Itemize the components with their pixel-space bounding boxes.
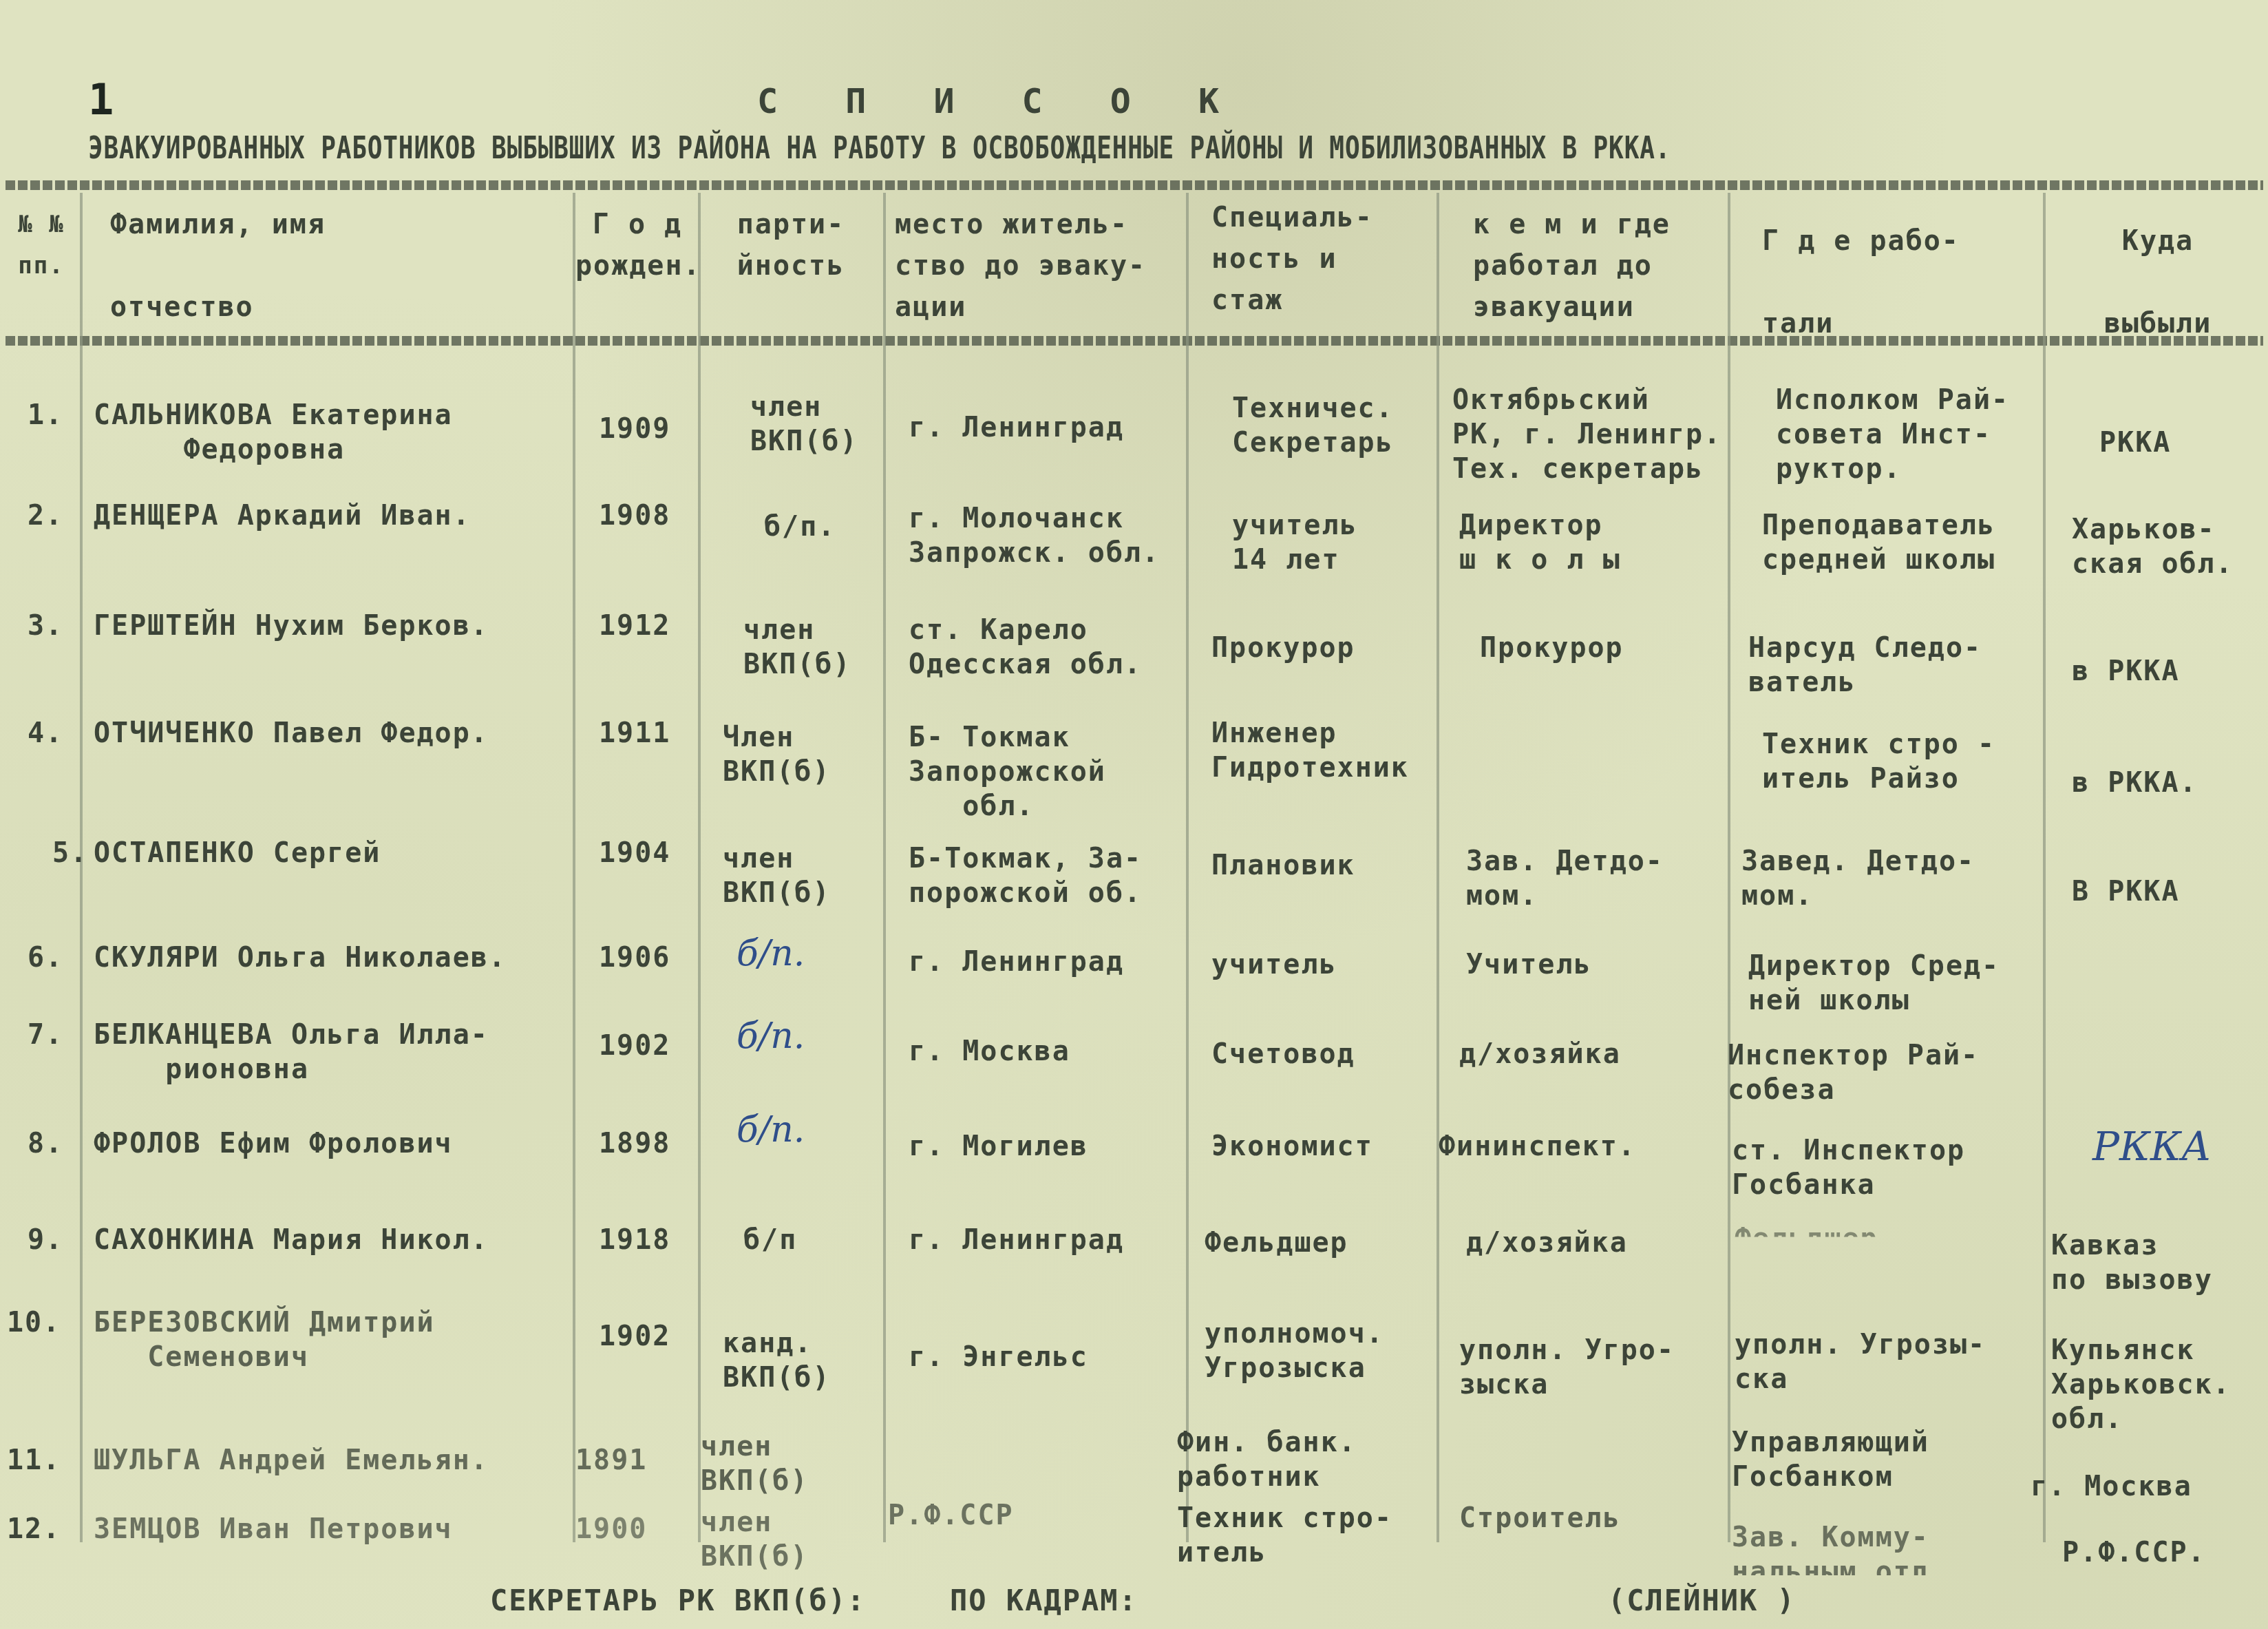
row-number: 3. <box>28 609 63 643</box>
previous-work: Учитель <box>1466 947 1592 982</box>
birth-year: 1902 <box>599 1029 670 1063</box>
birth-year: 1891 <box>575 1443 647 1478</box>
party-status: б/п <box>743 1223 797 1257</box>
previous-work: Строитель <box>1459 1501 1621 1535</box>
row-number: 6. <box>28 940 63 975</box>
secretary-label: СЕКРЕТАРЬ РК ВКП(б): <box>490 1584 866 1617</box>
header-number: № № пп. <box>4 204 78 286</box>
new-work: Нарсуд Следо- ватель <box>1748 631 1982 700</box>
column-divider <box>1437 193 1439 1542</box>
specialty: учитель 14 лет <box>1232 508 1358 577</box>
birth-year: 1906 <box>599 940 670 975</box>
person-name: ОСТАПЕНКО Сергей <box>94 836 381 870</box>
specialty: уполномоч. Угрозыска <box>1205 1316 1384 1385</box>
person-name: ГЕРШТЕЙН Нухим Берков. <box>94 609 489 643</box>
person-name: ОТЧИЧЕНКО Павел Федор. <box>94 716 489 750</box>
birth-year: 1912 <box>599 609 670 643</box>
birth-year: 1898 <box>599 1126 670 1161</box>
new-work: Директор Сред- ней школы <box>1748 949 2000 1018</box>
new-work: Фельдшер <box>1735 1221 1878 1256</box>
destination: Купьянск Харьковск. обл. <box>2051 1333 2231 1436</box>
destination: Кавказ по вызову <box>2051 1228 2213 1297</box>
destination-handwritten: РККА <box>2092 1129 2212 1164</box>
new-work: Преподаватель средней школы <box>1762 508 1995 577</box>
person-name: СКУЛЯРИ Ольга Николаев. <box>94 940 507 975</box>
party-status: член ВКП(б) <box>701 1429 809 1498</box>
birth-year: 1909 <box>599 412 670 446</box>
destination: Харьков- ская обл. <box>2072 512 2234 581</box>
residence: Б- Токмак Запорожской обл. <box>909 720 1106 823</box>
row-number: 2. <box>28 498 63 533</box>
row-number: 10. <box>7 1305 61 1340</box>
sheet-number: 1 <box>88 74 115 125</box>
party-status: член ВКП(б) <box>743 613 851 682</box>
residence: г. Энгельс <box>909 1340 1088 1374</box>
residence: ст. Карело Одесская обл. <box>909 613 1142 682</box>
column-divider <box>698 193 701 1542</box>
birth-year: 1902 <box>599 1319 670 1354</box>
party-status: Член ВКП(б) <box>723 720 831 789</box>
party-status: член ВКП(б) <box>723 841 831 910</box>
header-top-rule <box>6 180 2263 190</box>
residence: г. Ленинград <box>909 945 1124 979</box>
cadres-label: ПО КАДРАМ: <box>950 1584 1138 1617</box>
residence: г. Ленинград <box>909 410 1124 445</box>
new-work: Инспектор Рай- собеза <box>1728 1038 1979 1107</box>
party-status: канд. ВКП(б) <box>723 1326 831 1395</box>
person-name: САХОНКИНА Мария Никол. <box>94 1223 489 1257</box>
header-specialty: Специаль- ность и стаж <box>1211 197 1439 321</box>
header-residence: место житель- ство до эваку- ации <box>895 204 1184 328</box>
row-number: 1. <box>28 398 63 432</box>
party-status: член ВКП(б) <box>701 1505 809 1574</box>
previous-work: Фининспект. <box>1439 1129 1636 1164</box>
previous-work: Прокурор <box>1480 631 1624 665</box>
specialty: Счетовод <box>1211 1037 1355 1071</box>
new-work: Завед. Детдо- мом. <box>1741 844 1975 913</box>
new-work: Зав. Комму- нальным отд. <box>1732 1520 1947 1575</box>
party-status-handwritten: б/п. <box>736 1113 805 1147</box>
party-status: б/п. <box>764 509 836 544</box>
person-name: САЛЬНИКОВА Екатерина Федоровна <box>94 398 453 467</box>
residence: г. Молочанск Запрожск. обл. <box>909 501 1160 570</box>
birth-year: 1908 <box>599 498 670 533</box>
party-status-handwritten: б/п. <box>736 1019 805 1053</box>
party-status: член ВКП(б) <box>750 390 858 459</box>
birth-year: 1900 <box>575 1512 647 1546</box>
destination: в РККА <box>2072 654 2180 689</box>
row-number: 5. <box>52 836 88 870</box>
specialty: Техник стро- итель <box>1177 1501 1392 1570</box>
column-divider <box>573 193 575 1542</box>
previous-work: д/хозяйка <box>1466 1226 1628 1260</box>
header-birth-year: Г о д рожден. <box>575 204 699 286</box>
person-name: ШУЛЬГА Андрей Емельян. <box>94 1443 489 1478</box>
person-name: ДЕНЩЕРА Аркадий Иван. <box>94 498 471 533</box>
specialty: учитель <box>1211 947 1337 982</box>
column-divider <box>1728 193 1730 1542</box>
destination: РККА <box>2099 425 2171 460</box>
specialty: Инженер Гидротехник <box>1211 716 1409 785</box>
specialty: Экономист <box>1211 1129 1373 1164</box>
column-divider <box>883 193 886 1542</box>
row-number: 12. <box>7 1512 61 1546</box>
row-number: 9. <box>28 1223 63 1257</box>
previous-work: Директор ш к о л ы <box>1459 508 1621 577</box>
birth-year: 1904 <box>599 836 670 870</box>
destination: г. Москва <box>2031 1469 2192 1504</box>
header-destination: Куда выбыли <box>2058 220 2258 344</box>
residence: г. Москва <box>909 1034 1070 1069</box>
specialty: Фин. банк. работник <box>1177 1425 1357 1494</box>
specialty: Плановик <box>1211 848 1355 883</box>
birth-year: 1911 <box>599 716 670 750</box>
previous-work: д/хозяйка <box>1459 1037 1621 1071</box>
person-name: БЕРЕЗОВСКИЙ Дмитрий Семенович <box>94 1305 435 1374</box>
column-divider <box>2043 193 2046 1542</box>
new-work: Исполком Рай- совета Инст- руктор. <box>1776 383 2009 486</box>
row-number: 4. <box>28 716 63 750</box>
document-subtitle: ЭВАКУИРОВАННЫХ РАБОТНИКОВ ВЫБЫВШИХ ИЗ РА… <box>88 131 1671 166</box>
new-work: уполн. Угрозы- ска <box>1735 1327 1986 1396</box>
specialty: Прокурор <box>1211 631 1355 665</box>
previous-work: уполн. Угро- зыска <box>1459 1333 1675 1402</box>
person-name: БЕЛКАНЦЕВА Ольга Илла- рионовна <box>94 1018 489 1086</box>
new-work: ст. Инспектор Госбанка <box>1732 1133 1965 1202</box>
residence: Р.Ф.ССР <box>888 1498 1014 1533</box>
birth-year: 1918 <box>599 1223 670 1257</box>
header-name: Фамилия, имя отчество <box>110 204 496 328</box>
residence: г. Могилев <box>909 1129 1088 1164</box>
new-work: Техник стро - итель Райзо <box>1762 727 1995 796</box>
residence: г. Ленинград <box>909 1223 1124 1257</box>
specialty: Техничес. Секретарь <box>1232 391 1394 460</box>
party-status-handwritten: б/п. <box>736 936 805 971</box>
previous-work: Зав. Детдо- мом. <box>1466 844 1664 913</box>
signatory-name: (СЛЕЙНИК ) <box>1608 1584 1796 1617</box>
row-number: 8. <box>28 1126 63 1161</box>
header-party: парти- йность <box>701 204 881 286</box>
document-title: С П И С О К <box>757 81 1242 121</box>
previous-work: Октябрьский РК, г. Ленингр. Тех. секрета… <box>1452 383 1721 486</box>
person-name: ЗЕМЦОВ Иван Петрович <box>94 1512 453 1546</box>
column-divider <box>1186 193 1189 1542</box>
destination: В РККА <box>2072 874 2180 909</box>
new-work: Управляющий Госбанком <box>1732 1425 1929 1494</box>
destination: в РККА. <box>2072 766 2198 800</box>
header-new-work: Г д е рабо- тали <box>1762 220 2037 344</box>
person-name: ФРОЛОВ Ефим Фролович <box>94 1126 453 1161</box>
destination: Р.Ф.ССР. <box>2062 1535 2206 1570</box>
residence: Б-Токмак, За- порожской об. <box>909 841 1142 910</box>
header-prev-work: к е м и где работал до эвакуации <box>1473 204 1721 328</box>
row-number: 7. <box>28 1018 63 1052</box>
specialty: Фельдшер <box>1205 1226 1348 1260</box>
row-number: 11. <box>7 1443 61 1478</box>
